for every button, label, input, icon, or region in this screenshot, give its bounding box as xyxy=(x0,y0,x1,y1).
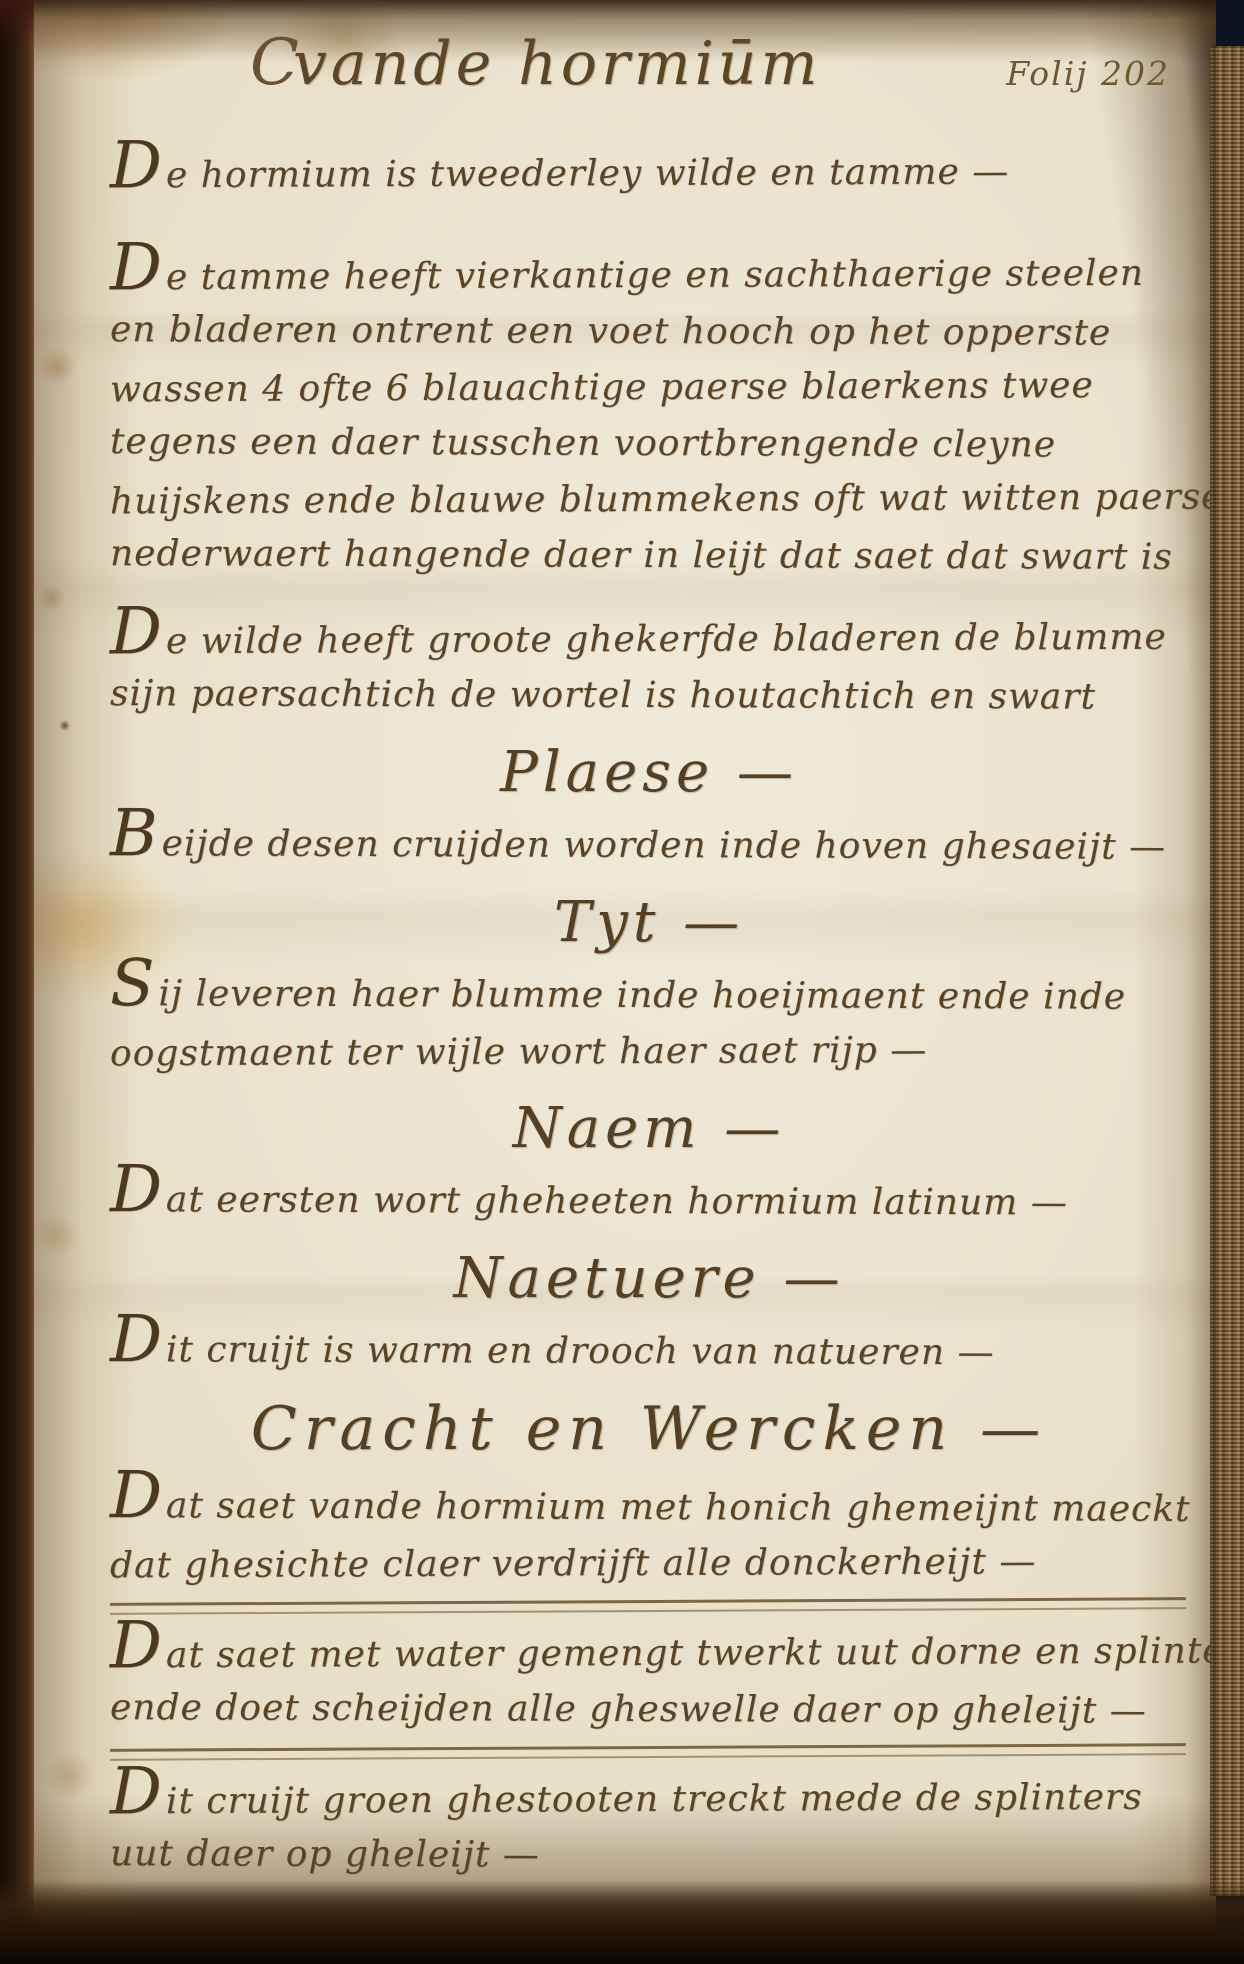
manuscript-text: De hormium is tweederley wilde en tamme … xyxy=(110,144,1188,1884)
title-wrap: Cvande hormiūm xyxy=(250,26,821,100)
section-heading: Tyt — xyxy=(110,890,1188,956)
section: Naem —Dat eersten wort gheheeten hormium… xyxy=(110,1096,1188,1230)
page-edges xyxy=(1210,46,1244,1896)
ink-rule xyxy=(110,1597,1186,1615)
book-binding xyxy=(0,0,34,1964)
title-flourish: C xyxy=(250,26,293,100)
manuscript-line: De tamme heeft vierkantige en sachthaeri… xyxy=(110,244,1188,307)
section-heading: Naem — xyxy=(110,1096,1188,1162)
section-heading: Cracht en Wercken — xyxy=(110,1396,1188,1462)
manuscript-line: dat ghesichte claer verdrijft alle donck… xyxy=(110,1534,1188,1595)
folio-number: Folij 202 xyxy=(1006,54,1170,93)
title-row: Cvande hormiūm Folij 202 xyxy=(110,26,1188,130)
manuscript-line: Dat eersten wort gheheeten hormium latin… xyxy=(110,1170,1188,1232)
section-heading: Naetuere — xyxy=(110,1246,1188,1312)
manuscript-line: en bladeren ontrent een voet hooch op he… xyxy=(110,302,1188,362)
section: Dat saet met water gemengt twerkt uut do… xyxy=(110,1624,1188,1758)
manuscript-line: De hormium is tweederley wilde en tamme … xyxy=(110,142,1188,205)
manuscript-page: Cvande hormiūm Folij 202 De hormium is t… xyxy=(34,0,1216,1930)
manuscript-line: Dit cruijt groen ghestooten treckt mede … xyxy=(110,1768,1188,1831)
section: Cracht en Wercken —Dat saet vande hormiu… xyxy=(110,1396,1188,1612)
section: De hormium is tweederley wilde en tamme … xyxy=(110,144,1188,202)
manuscript-line: uut daer op gheleijt — xyxy=(110,1826,1188,1886)
manuscript-line: Dat saet vande hormium met honich ghemei… xyxy=(110,1476,1188,1538)
section: De tamme heeft vierkantige en sachthaeri… xyxy=(110,246,1188,584)
section: Tyt —Sij leveren haer blumme inde hoeijm… xyxy=(110,890,1188,1080)
page-title: vande hormiūm xyxy=(293,29,821,99)
manuscript-line: tegens een daer tusschen voortbrengende … xyxy=(110,414,1188,474)
manuscript-line: ende doet scheijden alle gheswelle daer … xyxy=(110,1680,1188,1740)
manuscript-line: Dit cruijt is warm en drooch van natuere… xyxy=(110,1320,1188,1382)
manuscript-line: sijn paersachtich de wortel is houtachti… xyxy=(110,666,1188,726)
manuscript-line: Dat saet met water gemengt twerkt uut do… xyxy=(110,1622,1188,1685)
manuscript-line: De wilde heeft groote ghekerfde bladeren… xyxy=(110,608,1188,671)
section-heading: Plaese — xyxy=(110,740,1188,806)
manuscript-line: huijskens ende blauwe blummekens oft wat… xyxy=(110,470,1188,531)
manuscript-content: Cvande hormiūm Folij 202 De hormium is t… xyxy=(110,26,1188,1884)
photo-background: Cvande hormiūm Folij 202 De hormium is t… xyxy=(0,0,1244,1964)
manuscript-line: oogstmaent ter wijle wort haer saet rijp… xyxy=(110,1022,1188,1083)
book-bottom-edge xyxy=(0,1880,1244,1964)
ink-rule xyxy=(110,1743,1186,1761)
manuscript-line: Sij leveren haer blumme inde hoeijmaent … xyxy=(110,964,1188,1026)
manuscript-line: wassen 4 ofte 6 blauachtige paerse blaer… xyxy=(110,358,1188,419)
section: De wilde heeft groote ghekerfde bladeren… xyxy=(110,610,1188,724)
section: Plaese —Beijde desen cruijden worden ind… xyxy=(110,740,1188,874)
section: Dit cruijt groen ghestooten treckt mede … xyxy=(110,1770,1188,1884)
section: Naetuere —Dit cruijt is warm en drooch v… xyxy=(110,1246,1188,1380)
manuscript-line: nederwaert hangende daer in leijt dat sa… xyxy=(110,526,1188,586)
manuscript-line: Beijde desen cruijden worden inde hoven … xyxy=(110,814,1188,876)
